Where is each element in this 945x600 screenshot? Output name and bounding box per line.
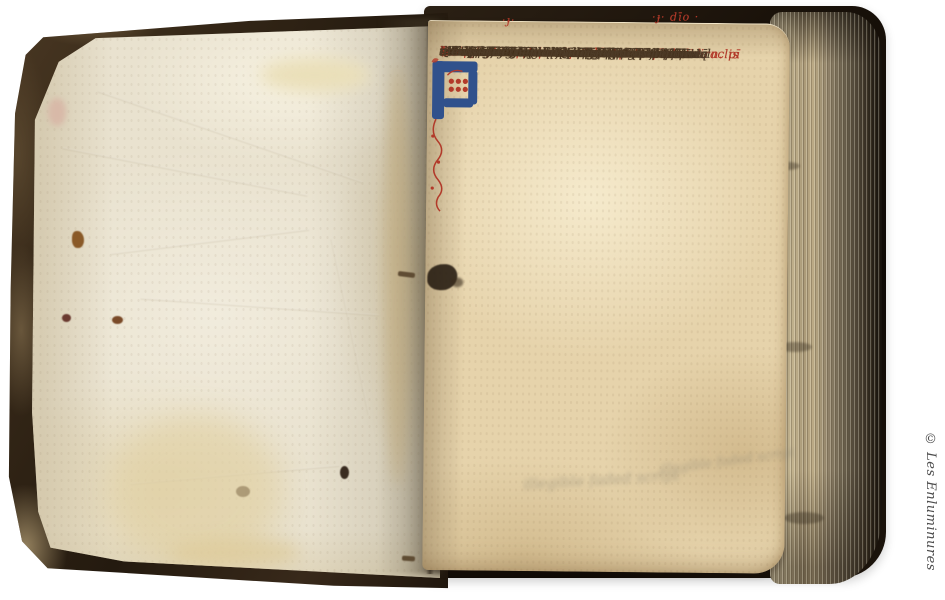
illuminated-initial [428, 58, 482, 221]
crease [330, 239, 369, 415]
hole [340, 466, 349, 479]
stain [48, 98, 66, 126]
right-manuscript-page: ·ɟ· ·ɟ· dīo · [422, 20, 790, 574]
wormhole [72, 231, 84, 248]
page-edge-notch [784, 512, 824, 524]
illuminated-initial-art [428, 58, 482, 221]
sewing-stitch [402, 556, 415, 562]
crease [111, 229, 310, 255]
faded-inscription: illegible faded script [523, 466, 681, 493]
manuscript-text-line: me q pr te nemo in hāc cathedra īpune [440, 45, 696, 61]
crease [97, 90, 362, 183]
stain [170, 538, 300, 568]
photo-of-open-manuscript: ·ɟ· ·ɟ· dīo · [0, 0, 945, 600]
crease [62, 147, 308, 197]
manuscript-text-block: Incipit principale capitulū opelia ē de … [440, 45, 774, 48]
wormhole [112, 316, 123, 324]
faded-inscription: illegible faded script [659, 445, 796, 477]
ink-blot [451, 277, 463, 287]
running-title: ·ɟ· dīo · [652, 10, 699, 23]
stain [260, 58, 370, 92]
wormhole [62, 314, 71, 322]
copyright-watermark: © Les Enluminures [908, 432, 938, 600]
folio-number-left: ·ɟ· [502, 14, 516, 27]
